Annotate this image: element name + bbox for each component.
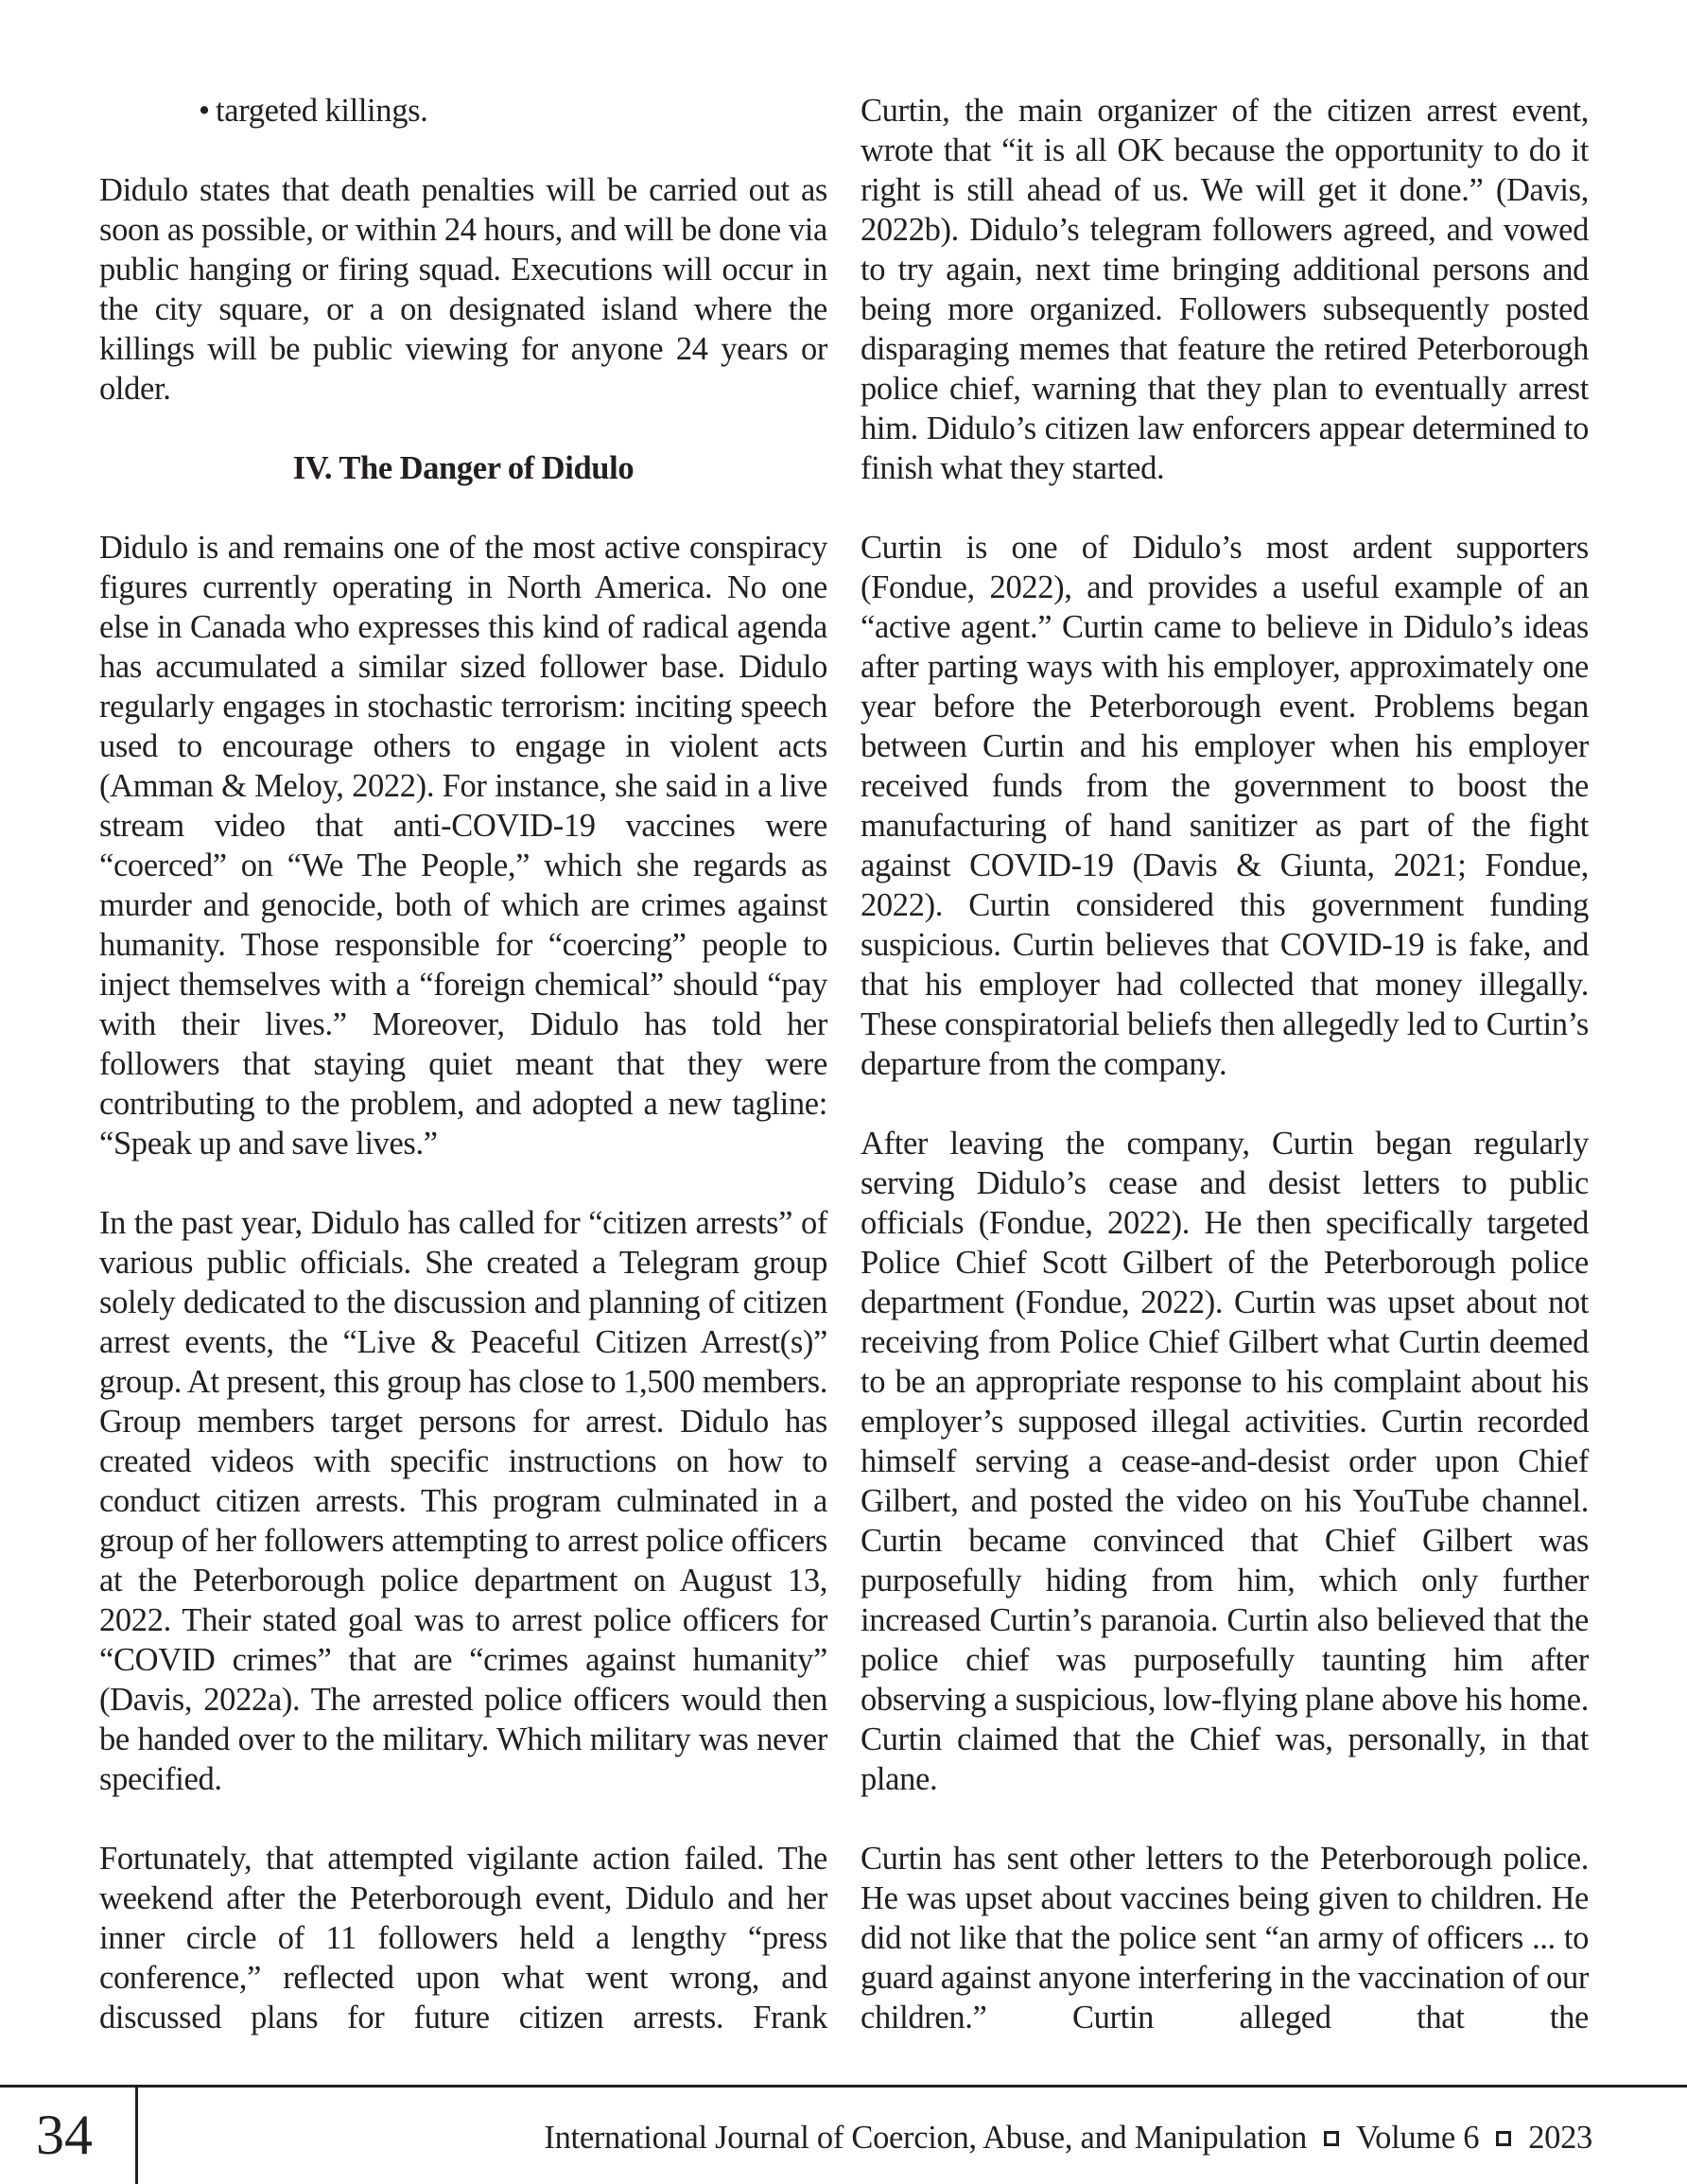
bullet-icon: •	[199, 91, 216, 131]
right-column: Curtin, the main organizer of the citize…	[861, 91, 1589, 2077]
square-separator-icon	[1496, 2131, 1511, 2146]
page-number: 34	[36, 2102, 93, 2168]
footer-vertical-divider	[135, 2086, 138, 2184]
volume: Volume 6	[1356, 2120, 1479, 2156]
paragraph: After leaving the company, Curtin began …	[861, 1124, 1589, 1799]
journal-name: International Journal of Coercion, Abuse…	[544, 2120, 1307, 2156]
paragraph: Curtin, the main organizer of the citize…	[861, 91, 1589, 488]
section-heading: IV. The Danger of Didulo	[99, 448, 827, 488]
paragraph: Fortunately, that attempted vigilante ac…	[99, 1839, 827, 2037]
left-column: •targeted killings. Didulo states that d…	[99, 91, 827, 2077]
bullet-item: •targeted killings.	[99, 91, 827, 131]
paragraph: Curtin has sent other letters to the Pet…	[861, 1839, 1589, 2037]
running-footer: International Journal of Coercion, Abuse…	[544, 2117, 1592, 2158]
paragraph: Didulo states that death penalties will …	[99, 170, 827, 409]
paragraph: Curtin is one of Didulo’s most ardent su…	[861, 528, 1589, 1084]
paragraph: In the past year, Didulo has called for …	[99, 1203, 827, 1799]
bullet-text: targeted killings.	[216, 93, 427, 129]
square-separator-icon	[1324, 2131, 1339, 2146]
footer-divider	[0, 2085, 1687, 2088]
year: 2023	[1528, 2120, 1592, 2156]
paragraph: Didulo is and remains one of the most ac…	[99, 528, 827, 1163]
